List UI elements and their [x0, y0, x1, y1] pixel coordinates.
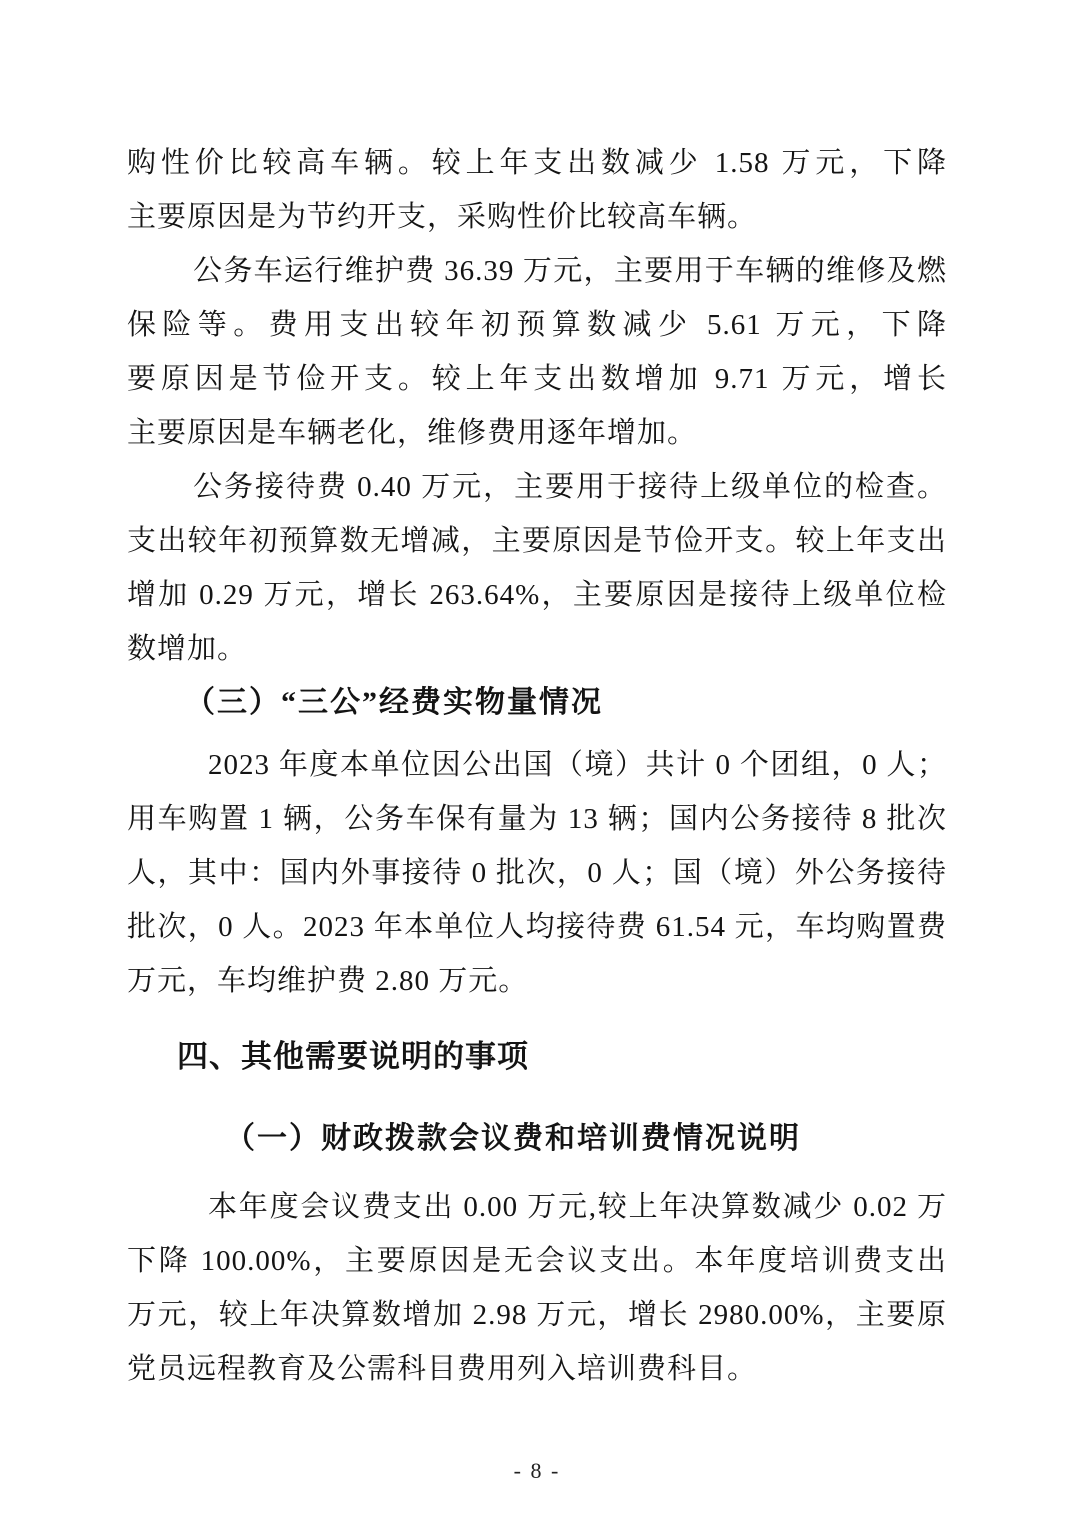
text-line: 党员远程教育及公需科目费用列入培训费科目。 — [127, 1342, 947, 1396]
text-line: 要原因是节俭开支。较上年支出数增加 9.71 万元，增长 36.39%， — [127, 352, 947, 406]
document-body: 购性价比较高车辆。较上年支出数减少 1.58 万元，下降 11.38%， 主要原… — [127, 136, 947, 1396]
heading-section-one: （一）财政拨款会议费和培训费情况说明 — [127, 1112, 947, 1166]
heading-section-three: （三）“三公”经费实物量情况 — [127, 676, 947, 730]
text-line: 支出较年初预算数无增减，主要原因是节俭开支。较上年支出数 — [127, 514, 947, 568]
text-line: 2023 年度本单位因公出国（境）共计 0 个团组，0 人；公务 — [127, 738, 947, 792]
document-page: 购性价比较高车辆。较上年支出数减少 1.58 万元，下降 11.38%， 主要原… — [0, 0, 1074, 1520]
text-line: 公务接待费 0.40 万元，主要用于接待上级单位的检查。费用 — [127, 460, 947, 514]
text-line: 万元，较上年决算数增加 2.98 万元，增长 2980.00%，主要原因是 — [127, 1288, 947, 1342]
text-line: 保险等。费用支出较年初预算数减少 5.61 万元，下降 13.36%，主 — [127, 298, 947, 352]
text-line: 用车购置 1 辆，公务车保有量为 13 辆；国内公务接待 8 批次 65 — [127, 792, 947, 846]
text-line: 万元，车均维护费 2.80 万元。 — [127, 954, 947, 1008]
text-line: 主要原因是车辆老化，维修费用逐年增加。 — [127, 406, 947, 460]
text-line: 购性价比较高车辆。较上年支出数减少 1.58 万元，下降 11.38%， — [127, 136, 947, 190]
text-line: 批次，0 人。2023 年本单位人均接待费 61.54 元，车均购置费 12.3 — [127, 900, 947, 954]
page-number: - 8 - — [0, 1458, 1074, 1484]
text-line: 下降 100.00%，主要原因是无会议支出。本年度培训费支出 3.08 — [127, 1234, 947, 1288]
text-line: 本年度会议费支出 0.00 万元,较上年决算数减少 0.02 万元， — [127, 1180, 947, 1234]
text-line: 数增加。 — [127, 622, 947, 676]
text-line: 人，其中：国内外事接待 0 批次，0 人；国（境）外公务接待 0 — [127, 846, 947, 900]
text-line: 主要原因是为节约开支，采购性价比较高车辆。 — [127, 190, 947, 244]
text-line: 公务车运行维护费 36.39 万元，主要用于车辆的维修及燃油、 — [127, 244, 947, 298]
heading-chapter-four: 四、其他需要说明的事项 — [127, 1028, 947, 1086]
text-line: 增加 0.29 万元，增长 263.64%，主要原因是接待上级单位检查次 — [127, 568, 947, 622]
